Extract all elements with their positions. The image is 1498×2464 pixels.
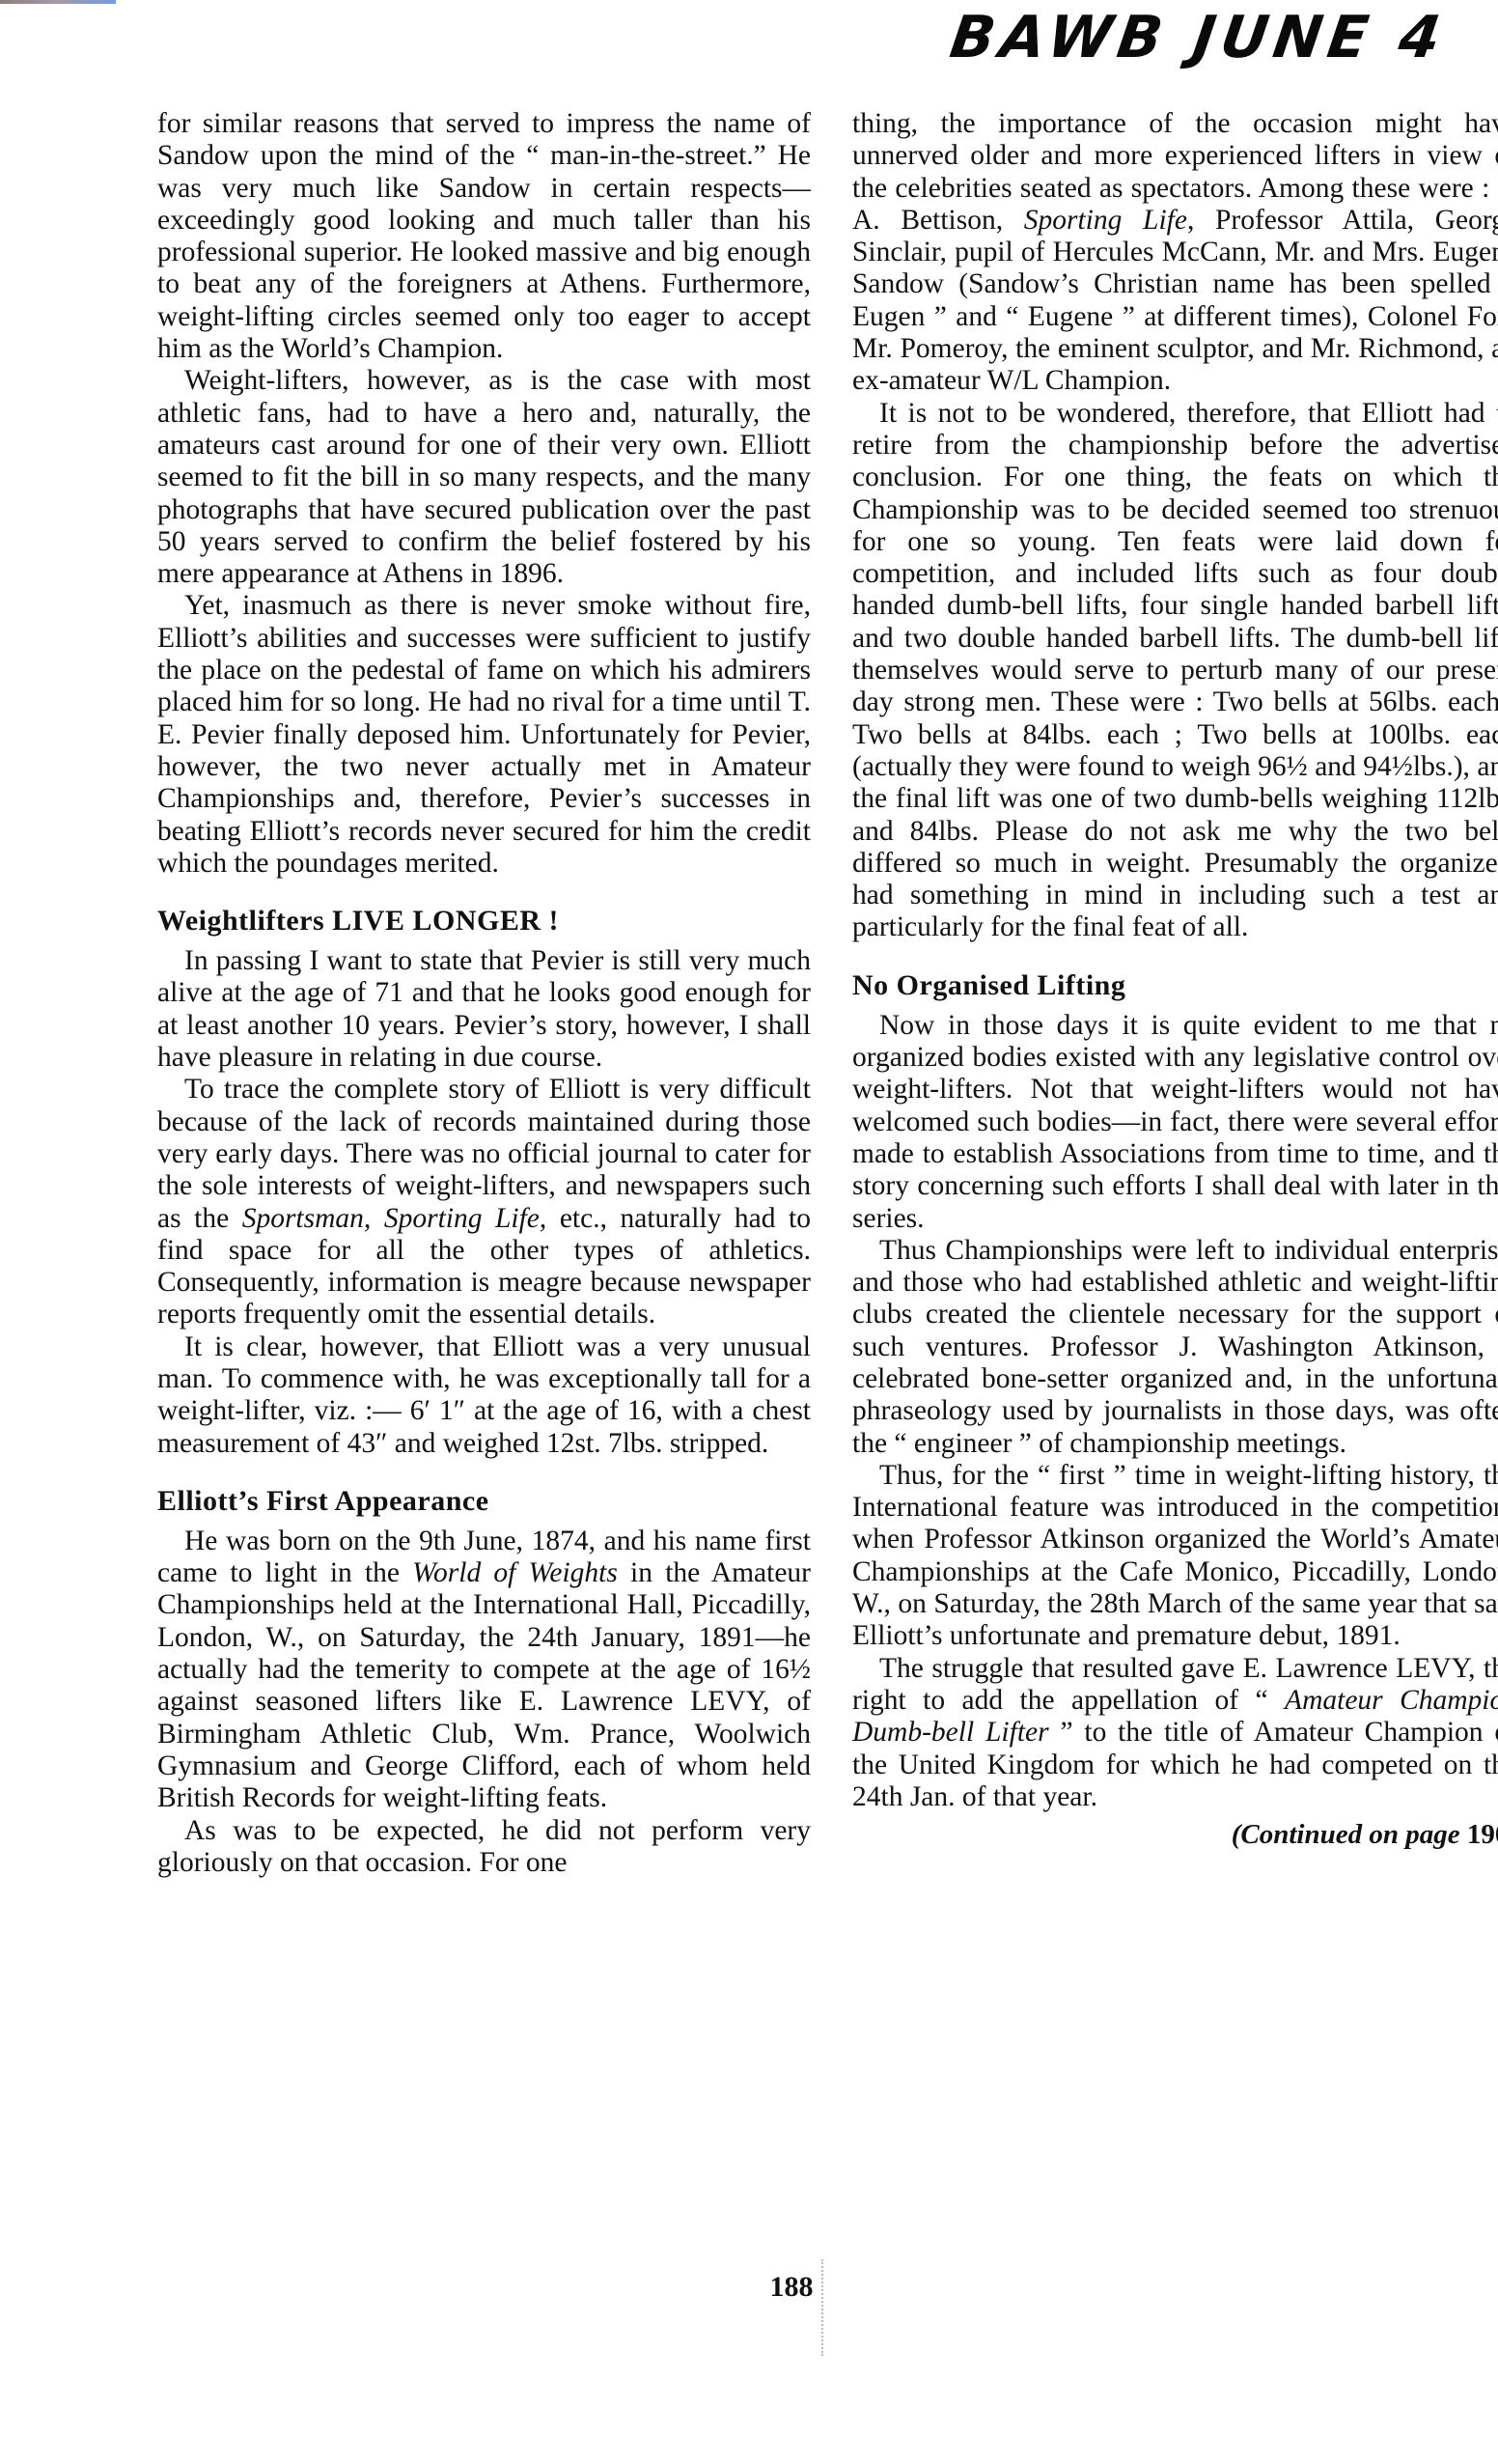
left-column: for similar reasons that served to impre… xyxy=(157,108,811,1879)
paragraph: In passing I want to state that Pevier i… xyxy=(157,945,811,1074)
gutter-divider xyxy=(821,2259,825,2356)
italic-title: Sportsman, Sporting Life xyxy=(242,1203,540,1234)
continued-label: Continued on page xyxy=(1240,1819,1459,1850)
section-heading: Weightlifters LIVE LONGER ! xyxy=(157,905,811,938)
paragraph: Thus, for the “ first ” time in weight-l… xyxy=(852,1460,1498,1653)
paragraph: To trace the complete story of Elliott i… xyxy=(157,1074,811,1330)
italic-title: World of Weights xyxy=(412,1557,618,1588)
paragraph: As was to be expected, he did not perfor… xyxy=(157,1815,811,1880)
paragraph: It is clear, however, that Elliott was a… xyxy=(157,1331,811,1460)
paragraph: It is not to be wondered, therefore, tha… xyxy=(852,398,1498,944)
paragraph: Now in those days it is quite evident to… xyxy=(852,1010,1498,1235)
right-column: thing, the importance of the occasion mi… xyxy=(852,108,1498,1851)
page-number: 188 xyxy=(763,2271,820,2304)
paragraph: The struggle that resulted gave E. Lawre… xyxy=(852,1653,1498,1813)
paragraph: He was born on the 9th June, 1874, and h… xyxy=(157,1526,811,1815)
continued-note: (Continued on page 190) xyxy=(852,1819,1498,1851)
section-heading: No Organised Lifting xyxy=(852,969,1498,1002)
paragraph: thing, the importance of the occasion mi… xyxy=(852,108,1498,398)
continued-page-number: 190 xyxy=(1467,1819,1498,1850)
paragraph: Yet, inasmuch as there is never smoke wi… xyxy=(157,590,811,880)
paragraph: Weight-lifters, however, as is the case … xyxy=(157,365,811,590)
handwritten-annotation: BAWB JUNE 4 xyxy=(946,4,1450,71)
scan-edge-artifact xyxy=(0,0,116,4)
paragraph: Thus Championships were left to individu… xyxy=(852,1235,1498,1460)
paragraph: for similar reasons that served to impre… xyxy=(157,108,811,365)
italic-title: Sporting Life xyxy=(1024,205,1187,236)
text-run: in the Amateur Championships held at the… xyxy=(157,1557,811,1813)
section-heading: Elliott’s First Appearance xyxy=(157,1485,811,1518)
